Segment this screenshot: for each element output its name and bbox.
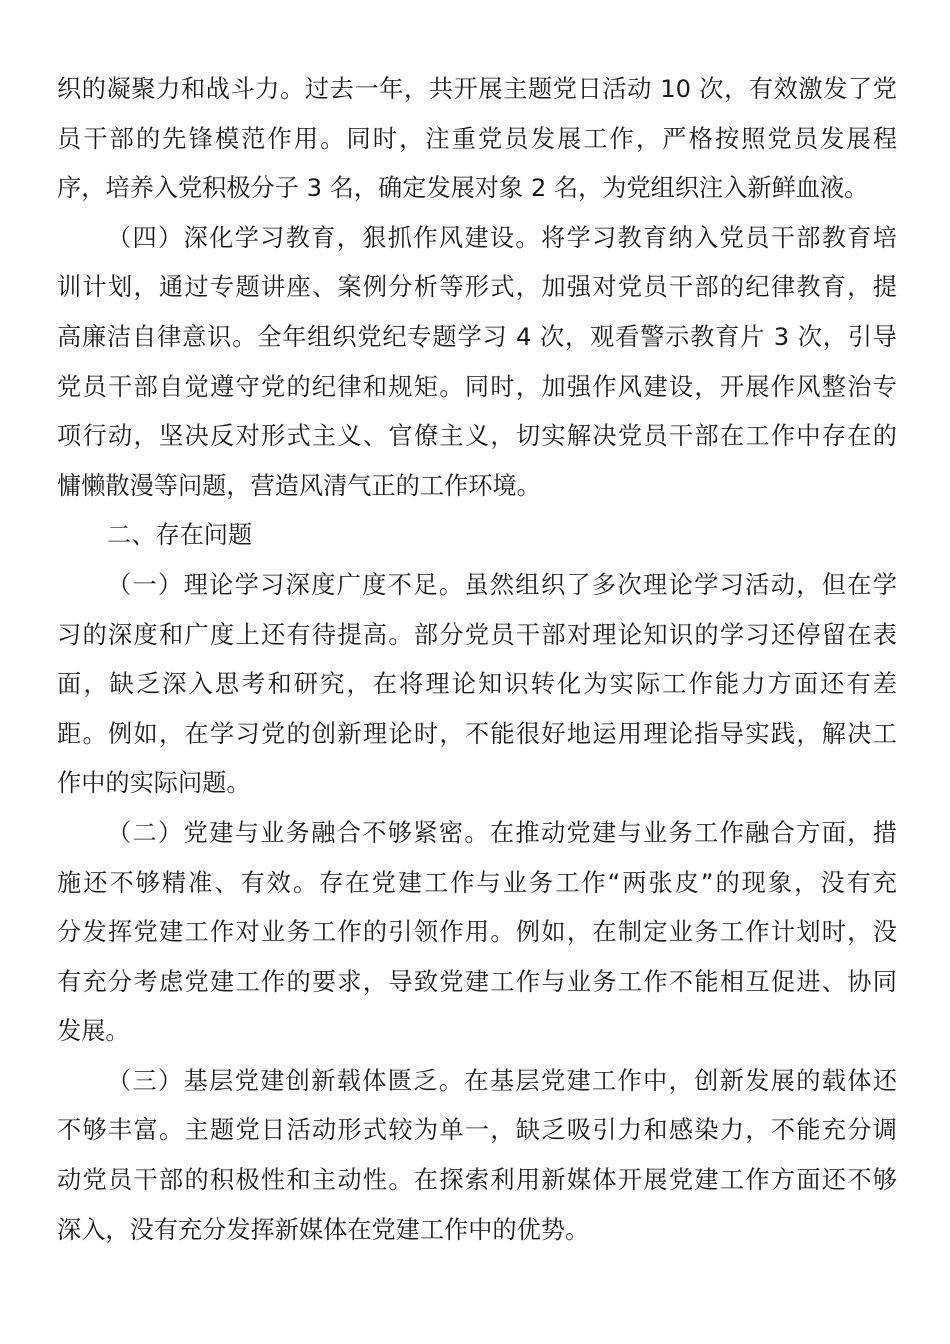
text-line: （四）深化学习教育，狠抓作风建设。将学习教育纳入党员干部教育培: [57, 214, 897, 264]
text-line: 分发挥党建工作对业务工作的引领作用。例如，在制定业务工作计划时，没: [57, 908, 897, 958]
text-line: 距。例如，在学习党的创新理论时，不能很好地运用理论指导实践，解决工: [57, 710, 897, 760]
text-line: 高廉洁自律意识。全年组织党纪专题学习 4 次，观看警示教育片 3 次，引导: [57, 313, 897, 363]
document-page: 织的凝聚力和战斗力。过去一年，共开展主题党日活动 10 次，有效激发了党 员干部…: [57, 65, 897, 1255]
text-line: 习的深度和广度上还有待提高。部分党员干部对理论知识的学习还停留在表: [57, 611, 897, 661]
text-line: 作中的实际问题。: [57, 759, 897, 809]
paragraph-continuation: 织的凝聚力和战斗力。过去一年，共开展主题党日活动 10 次，有效激发了党 员干部…: [57, 65, 897, 214]
paragraph-section-four: （四）深化学习教育，狠抓作风建设。将学习教育纳入党员干部教育培 训计划，通过专题…: [57, 214, 897, 512]
text-line: 党员干部自觉遵守党的纪律和规矩。同时，加强作风建设，开展作风整治专: [57, 363, 897, 413]
paragraph-problem-one: （一）理论学习深度广度不足。虽然组织了多次理论学习活动，但在学 习的深度和广度上…: [57, 561, 897, 809]
text-line: （一）理论学习深度广度不足。虽然组织了多次理论学习活动，但在学: [57, 561, 897, 611]
text-line: 序，培养入党积极分子 3 名，确定发展对象 2 名，为党组织注入新鲜血液。: [57, 164, 897, 214]
text-line: （二）党建与业务融合不够紧密。在推动党建与业务工作融合方面，措: [57, 809, 897, 859]
text-line: 训计划，通过专题讲座、案例分析等形式，加强对党员干部的纪律教育，提: [57, 263, 897, 313]
text-line: 施还不够精准、有效。存在党建工作与业务工作“两张皮”的现象，没有充: [57, 859, 897, 909]
text-line: （三）基层党建创新载体匮乏。在基层党建工作中，创新发展的载体还: [57, 1057, 897, 1107]
text-line: 织的凝聚力和战斗力。过去一年，共开展主题党日活动 10 次，有效激发了党: [57, 65, 897, 115]
text-line: 员干部的先锋模范作用。同时，注重党员发展工作，严格按照党员发展程: [57, 115, 897, 165]
text-line: 深入，没有充分发挥新媒体在党建工作中的优势。: [57, 1206, 897, 1256]
text-line: 动党员干部的积极性和主动性。在探索利用新媒体开展党建工作方面还不够: [57, 1156, 897, 1206]
paragraph-problem-two: （二）党建与业务融合不够紧密。在推动党建与业务工作融合方面，措 施还不够精准、有…: [57, 809, 897, 1057]
heading-text: 二、存在问题: [57, 511, 897, 561]
text-line: 有充分考虑党建工作的要求，导致党建工作与业务工作不能相互促进、协同: [57, 958, 897, 1008]
paragraph-problem-three: （三）基层党建创新载体匮乏。在基层党建工作中，创新发展的载体还 不够丰富。主题党…: [57, 1057, 897, 1255]
text-line: 项行动，坚决反对形式主义、官僚主义，切实解决党员干部在工作中存在的: [57, 412, 897, 462]
text-line: 慵懒散漫等问题，营造风清气正的工作环境。: [57, 462, 897, 512]
text-line: 面，缺乏深入思考和研究，在将理论知识转化为实际工作能力方面还有差: [57, 660, 897, 710]
section-heading-problems: 二、存在问题: [57, 511, 897, 561]
text-line: 发展。: [57, 1007, 897, 1057]
text-line: 不够丰富。主题党日活动形式较为单一，缺乏吸引力和感染力，不能充分调: [57, 1106, 897, 1156]
